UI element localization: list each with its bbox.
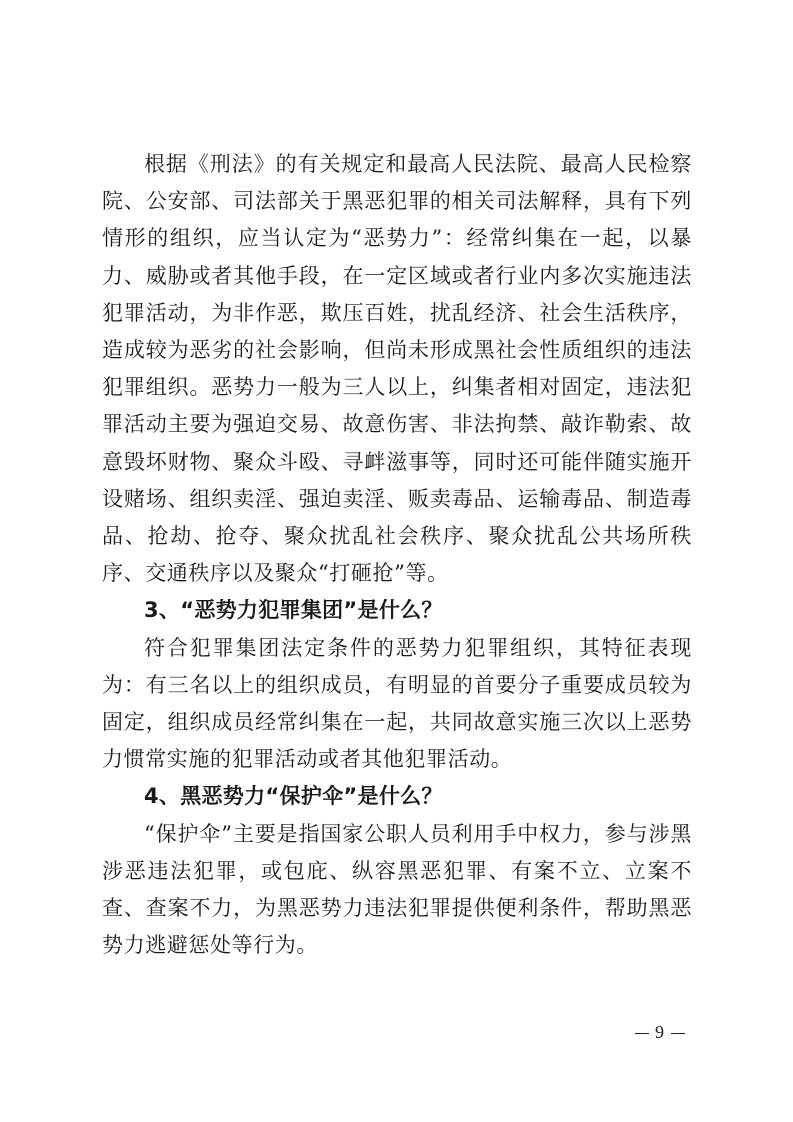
paragraph-protective-umbrella-definition: “保护伞”主要是指国家公职人员利用手中权力，参与涉黑涉恶违法犯罪，或包庇、纵容黑… <box>102 816 692 965</box>
paragraph-crime-group-definition: 符合犯罪集团法定条件的恶势力犯罪组织，其特征表现为：有三名以上的组织成员，有明显… <box>102 630 692 779</box>
page-number: 9 <box>655 1022 665 1042</box>
dash-right-decoration <box>671 1033 685 1034</box>
paragraph-evil-forces-definition: 根据《刑法》的有关规定和最高人民法院、最高人民检察院、公安部、司法部关于黑恶犯罪… <box>102 146 692 592</box>
heading-evil-forces-crime-group: 3、“恶势力犯罪集团”是什么？ <box>102 592 692 629</box>
dash-left-decoration <box>635 1033 649 1034</box>
heading-protective-umbrella: 4、黑恶势力“保护伞”是什么？ <box>102 778 692 815</box>
document-page: 根据《刑法》的有关规定和最高人民法院、最高人民检察院、公安部、司法部关于黑恶犯罪… <box>102 146 692 964</box>
page-number-footer: 9 <box>620 1022 700 1043</box>
